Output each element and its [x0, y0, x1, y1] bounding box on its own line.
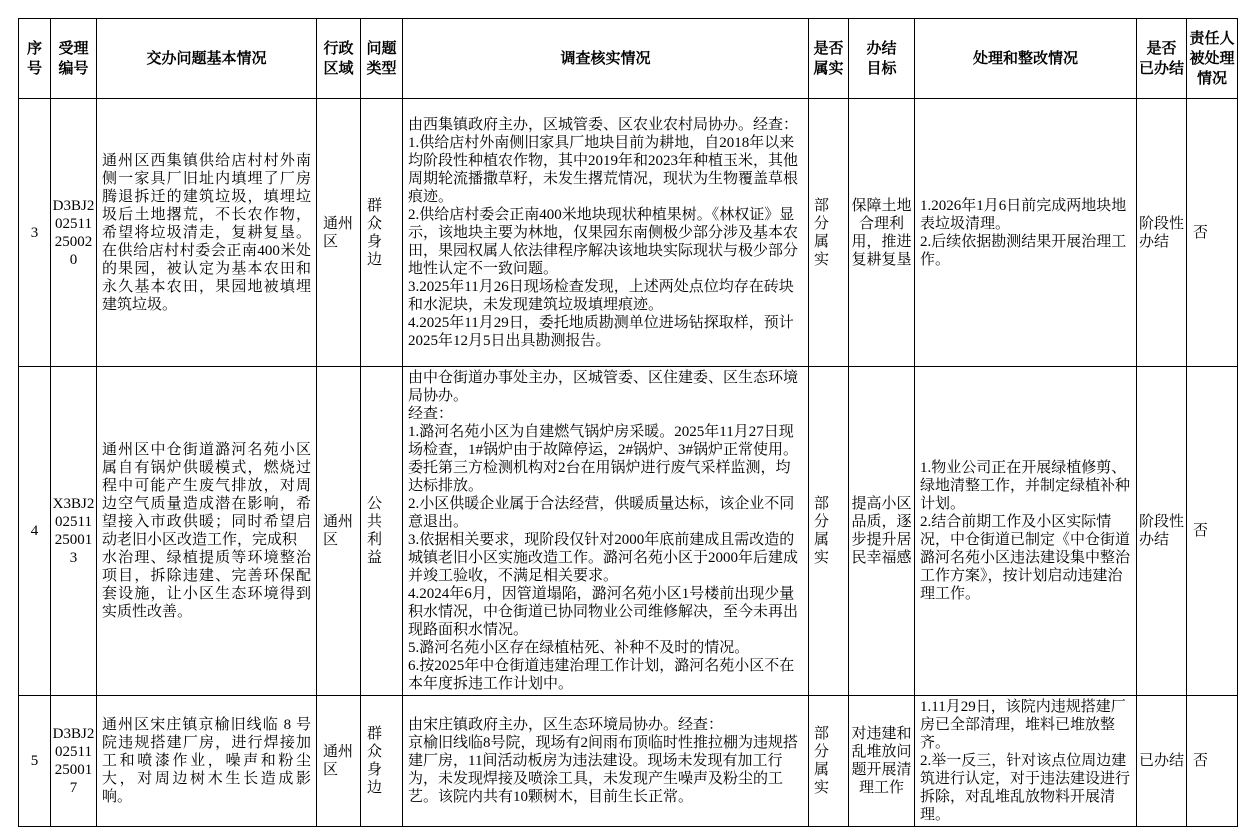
cell-case-number: D3BJ202511250020: [51, 99, 97, 367]
cell-verified: 部分属实: [809, 696, 849, 827]
header-accountability: 责任人 被处理 情况: [1187, 19, 1238, 99]
header-serial-number: 序 号: [19, 19, 51, 99]
cell-resolution-goal: 保障土地合理利用，推进复耕复垦: [849, 99, 915, 367]
table-header-row: 序 号 受理 编号 交办问题基本情况 行政 区域 问题 类型 调查核实情况 是否…: [19, 19, 1238, 99]
cell-problem-description: 通州区宋庄镇京榆旧线临 8 号院违规搭建厂房，进行焊接加工和喷漆作业，噪声和粉尘…: [97, 696, 317, 827]
header-completed: 是否 已办结: [1137, 19, 1187, 99]
cell-investigation: 由中仓街道办事处主办，区城管委、区住建委、区生态环境局协办。 经查： 1.潞河名…: [403, 367, 809, 696]
cell-serial-number: 3: [19, 99, 51, 367]
header-administrative-region: 行政 区域: [317, 19, 361, 99]
cell-verified: 部分属实: [809, 367, 849, 696]
cell-accountability: 否: [1187, 696, 1238, 827]
cell-administrative-region: 通州区: [317, 99, 361, 367]
cell-resolution-goal: 提高小区品质，逐步提升居民幸福感: [849, 367, 915, 696]
cell-completed: 已办结: [1137, 696, 1187, 827]
header-handling-rectification: 处理和整改情况: [915, 19, 1137, 99]
cell-case-number: D3BJ202511250017: [51, 696, 97, 827]
cell-verified: 部分属实: [809, 99, 849, 367]
cell-completed: 阶段性办结: [1137, 367, 1187, 696]
cell-accountability: 否: [1187, 367, 1238, 696]
table-row: 4 X3BJ202511250013 通州区中仓街道潞河名苑小区属自有锅炉供暖模…: [19, 367, 1238, 696]
header-problem-description: 交办问题基本情况: [97, 19, 317, 99]
cell-problem-type: 群众身边: [361, 696, 403, 827]
header-problem-type: 问题 类型: [361, 19, 403, 99]
cell-investigation: 由西集镇政府主办，区城管委、区农业农村局协办。经查： 1.供给店村外南侧旧家具厂…: [403, 99, 809, 367]
header-investigation: 调查核实情况: [403, 19, 809, 99]
issues-table: 序 号 受理 编号 交办问题基本情况 行政 区域 问题 类型 调查核实情况 是否…: [18, 18, 1238, 827]
cell-accountability: 否: [1187, 99, 1238, 367]
cell-serial-number: 4: [19, 367, 51, 696]
cell-handling-rectification: 1.2026年1月6日前完成两地块地表垃圾清理。 2.后续依据勘测结果开展治理工…: [915, 99, 1137, 367]
cell-administrative-region: 通州区: [317, 696, 361, 827]
cell-investigation: 由宋庄镇政府主办，区生态环境局协办。经查： 京榆旧线临8号院，现场有2间雨布顶临…: [403, 696, 809, 827]
cell-handling-rectification: 1.物业公司正在开展绿植修剪、绿地清整工作，并制定绿植补种计划。 2.结合前期工…: [915, 367, 1137, 696]
cell-problem-type: 群众身边: [361, 99, 403, 367]
header-verified: 是否 属实: [809, 19, 849, 99]
cell-problem-description: 通州区中仓街道潞河名苑小区属自有锅炉供暖模式，燃烧过程中可能产生废气排放，对周边…: [97, 367, 317, 696]
cell-administrative-region: 通州区: [317, 367, 361, 696]
cell-resolution-goal: 对违建和乱堆放问题开展清理工作: [849, 696, 915, 827]
cell-case-number: X3BJ202511250013: [51, 367, 97, 696]
table-row: 3 D3BJ202511250020 通州区西集镇供给店村村外南侧一家具厂旧址内…: [19, 99, 1238, 367]
cell-handling-rectification: 1.11月29日，该院内违规搭建厂房已全部清理，堆料已堆放整齐。 2.举一反三，…: [915, 696, 1137, 827]
cell-serial-number: 5: [19, 696, 51, 827]
cell-problem-type: 公共利益: [361, 367, 403, 696]
document-page: 序 号 受理 编号 交办问题基本情况 行政 区域 问题 类型 调查核实情况 是否…: [0, 0, 1255, 837]
cell-problem-description: 通州区西集镇供给店村村外南侧一家具厂旧址内填埋了厂房腾退拆迁的建筑垃圾，填埋垃圾…: [97, 99, 317, 367]
table-row: 5 D3BJ202511250017 通州区宋庄镇京榆旧线临 8 号院违规搭建厂…: [19, 696, 1238, 827]
header-resolution-goal: 办结 目标: [849, 19, 915, 99]
cell-completed: 阶段性办结: [1137, 99, 1187, 367]
header-case-number: 受理 编号: [51, 19, 97, 99]
